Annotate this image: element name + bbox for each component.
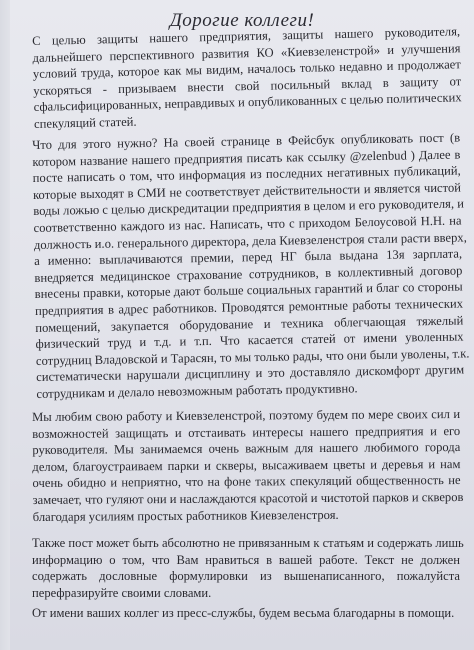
text-line: перефразируйте своими словами. xyxy=(32,585,460,602)
paragraph-instructions: Что для этого нужно? На своей странице в… xyxy=(32,130,465,403)
paragraph-signoff: От имени ваших коллег из пресс-службы, б… xyxy=(32,605,460,622)
paragraph-post-options: Также пост может быть абсолютно не привя… xyxy=(32,535,460,601)
text-line: содержать дословные формулировки из выше… xyxy=(32,568,460,585)
paragraph-intro: С целью защиты нашего предприятия, защит… xyxy=(32,23,462,132)
text-line: информацию о том, что Вам нравиться в ва… xyxy=(32,552,460,569)
paper-sheet: Дорогие коллеги! С целью защиты нашего п… xyxy=(10,0,474,650)
text-line: От имени ваших коллег из пресс-службы, б… xyxy=(32,605,460,622)
text-line: замечает, что гуляют они и наслаждаются … xyxy=(33,489,461,509)
paragraph-love-work: Мы любим свою работу и Киевзеленстрой, п… xyxy=(32,406,461,525)
text-line: благодаря усилиям простых работников Кие… xyxy=(33,506,461,526)
text-line: Также пост может быть абсолютно не привя… xyxy=(32,535,460,552)
